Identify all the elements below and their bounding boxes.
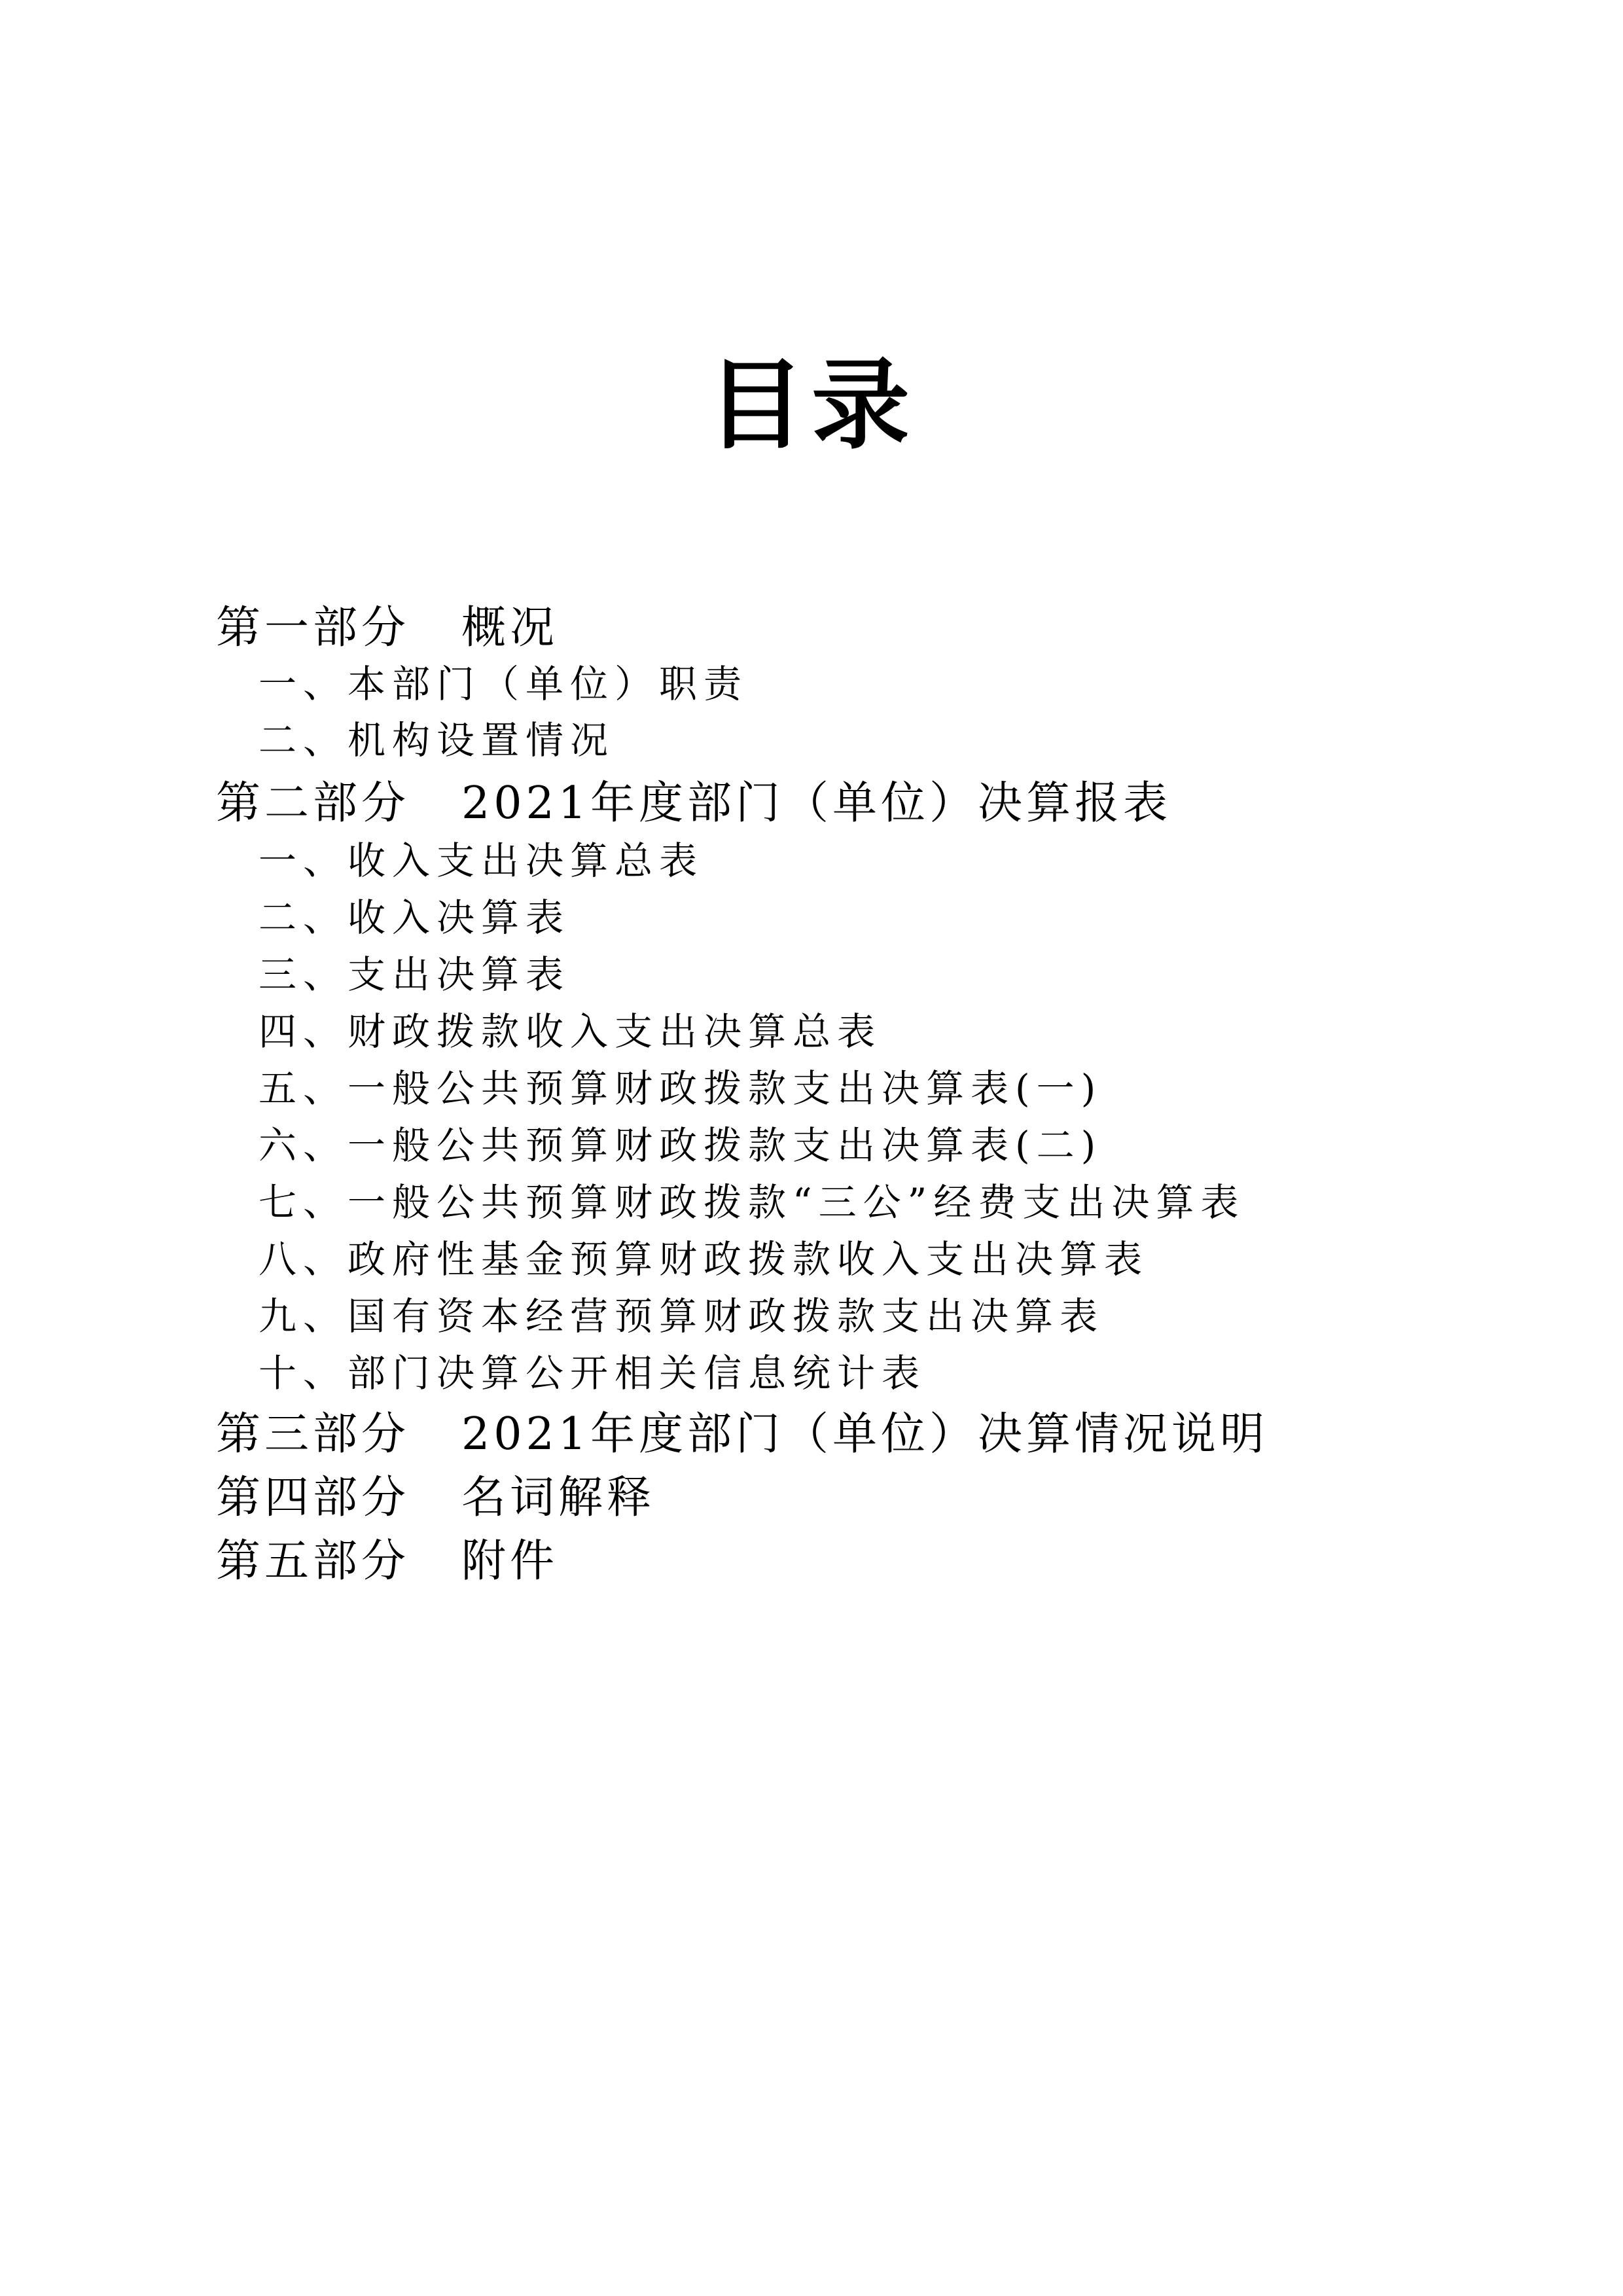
item-text: 部门决算公开相关信息统计表 bbox=[348, 1351, 926, 1395]
toc-item: 一、本部门（单位）职责 bbox=[259, 661, 748, 707]
item-number: 一、 bbox=[259, 661, 348, 707]
item-number: 二、 bbox=[259, 717, 348, 763]
toc-item: 五、一般公共预算财政拨款支出决算表(一) bbox=[259, 1066, 1102, 1111]
toc-item: 八、政府性基金预算财政拨款收入支出决算表 bbox=[259, 1236, 1149, 1282]
part-label: 第五部分 bbox=[216, 1535, 461, 1588]
part-title: 2021年度部门（单位）决算情况说明 bbox=[461, 1408, 1268, 1461]
part-label: 第一部分 bbox=[216, 602, 461, 655]
toc-part-3: 第三部分2021年度部门（单位）决算情况说明 bbox=[216, 1408, 1268, 1461]
page-title: 目录 bbox=[0, 347, 1623, 465]
item-text: 收入决算表 bbox=[348, 895, 570, 940]
item-text: 支出决算表 bbox=[348, 952, 570, 997]
toc-item: 二、收入决算表 bbox=[259, 895, 570, 941]
item-text: 政府性基金预算财政拨款收入支出决算表 bbox=[348, 1237, 1149, 1282]
toc-item: 二、机构设置情况 bbox=[259, 717, 615, 763]
toc-item: 九、国有资本经营预算财政拨款支出决算表 bbox=[259, 1293, 1104, 1339]
item-number: 十、 bbox=[259, 1350, 348, 1396]
item-number: 九、 bbox=[259, 1293, 348, 1339]
item-text: 收入支出决算总表 bbox=[348, 838, 704, 883]
toc-part-5: 第五部分附件 bbox=[216, 1535, 558, 1588]
toc-part-4: 第四部分名词解释 bbox=[216, 1472, 655, 1524]
item-text: 一般公共预算财政拨款支出决算表(二) bbox=[348, 1123, 1102, 1168]
item-text: 一般公共预算财政拨款“三公”经费支出决算表 bbox=[348, 1180, 1245, 1225]
item-text: 财政拨款收入支出决算总表 bbox=[348, 1009, 882, 1054]
item-number: 五、 bbox=[259, 1066, 348, 1111]
toc-part-2: 第二部分2021年度部门（单位）决算报表 bbox=[216, 778, 1171, 830]
part-title: 附件 bbox=[461, 1535, 558, 1588]
item-text: 机构设置情况 bbox=[348, 718, 615, 762]
toc-item: 十、部门决算公开相关信息统计表 bbox=[259, 1350, 926, 1396]
item-text: 一般公共预算财政拨款支出决算表(一) bbox=[348, 1066, 1102, 1111]
part-label: 第二部分 bbox=[216, 778, 461, 830]
item-number: 六、 bbox=[259, 1122, 348, 1168]
toc-item: 四、财政拨款收入支出决算总表 bbox=[259, 1009, 882, 1054]
part-title: 概况 bbox=[461, 602, 558, 655]
item-number: 二、 bbox=[259, 895, 348, 941]
part-label: 第三部分 bbox=[216, 1408, 461, 1461]
item-number: 八、 bbox=[259, 1236, 348, 1282]
toc-item: 六、一般公共预算财政拨款支出决算表(二) bbox=[259, 1122, 1102, 1168]
item-number: 一、 bbox=[259, 838, 348, 884]
part-title: 名词解释 bbox=[461, 1472, 655, 1524]
item-number: 七、 bbox=[259, 1179, 348, 1225]
item-number: 四、 bbox=[259, 1009, 348, 1054]
toc-part-1: 第一部分概况 bbox=[216, 602, 558, 655]
toc-item: 三、支出决算表 bbox=[259, 952, 570, 997]
toc-item: 一、收入支出决算总表 bbox=[259, 838, 704, 884]
part-title: 2021年度部门（单位）决算报表 bbox=[461, 778, 1171, 830]
item-number: 三、 bbox=[259, 952, 348, 997]
item-text: 国有资本经营预算财政拨款支出决算表 bbox=[348, 1294, 1104, 1338]
item-text: 本部门（单位）职责 bbox=[348, 662, 748, 706]
toc-item: 七、一般公共预算财政拨款“三公”经费支出决算表 bbox=[259, 1179, 1245, 1225]
document-page: 目录 第一部分概况 一、本部门（单位）职责 二、机构设置情况 第二部分2021年… bbox=[0, 0, 1623, 2296]
part-label: 第四部分 bbox=[216, 1472, 461, 1524]
